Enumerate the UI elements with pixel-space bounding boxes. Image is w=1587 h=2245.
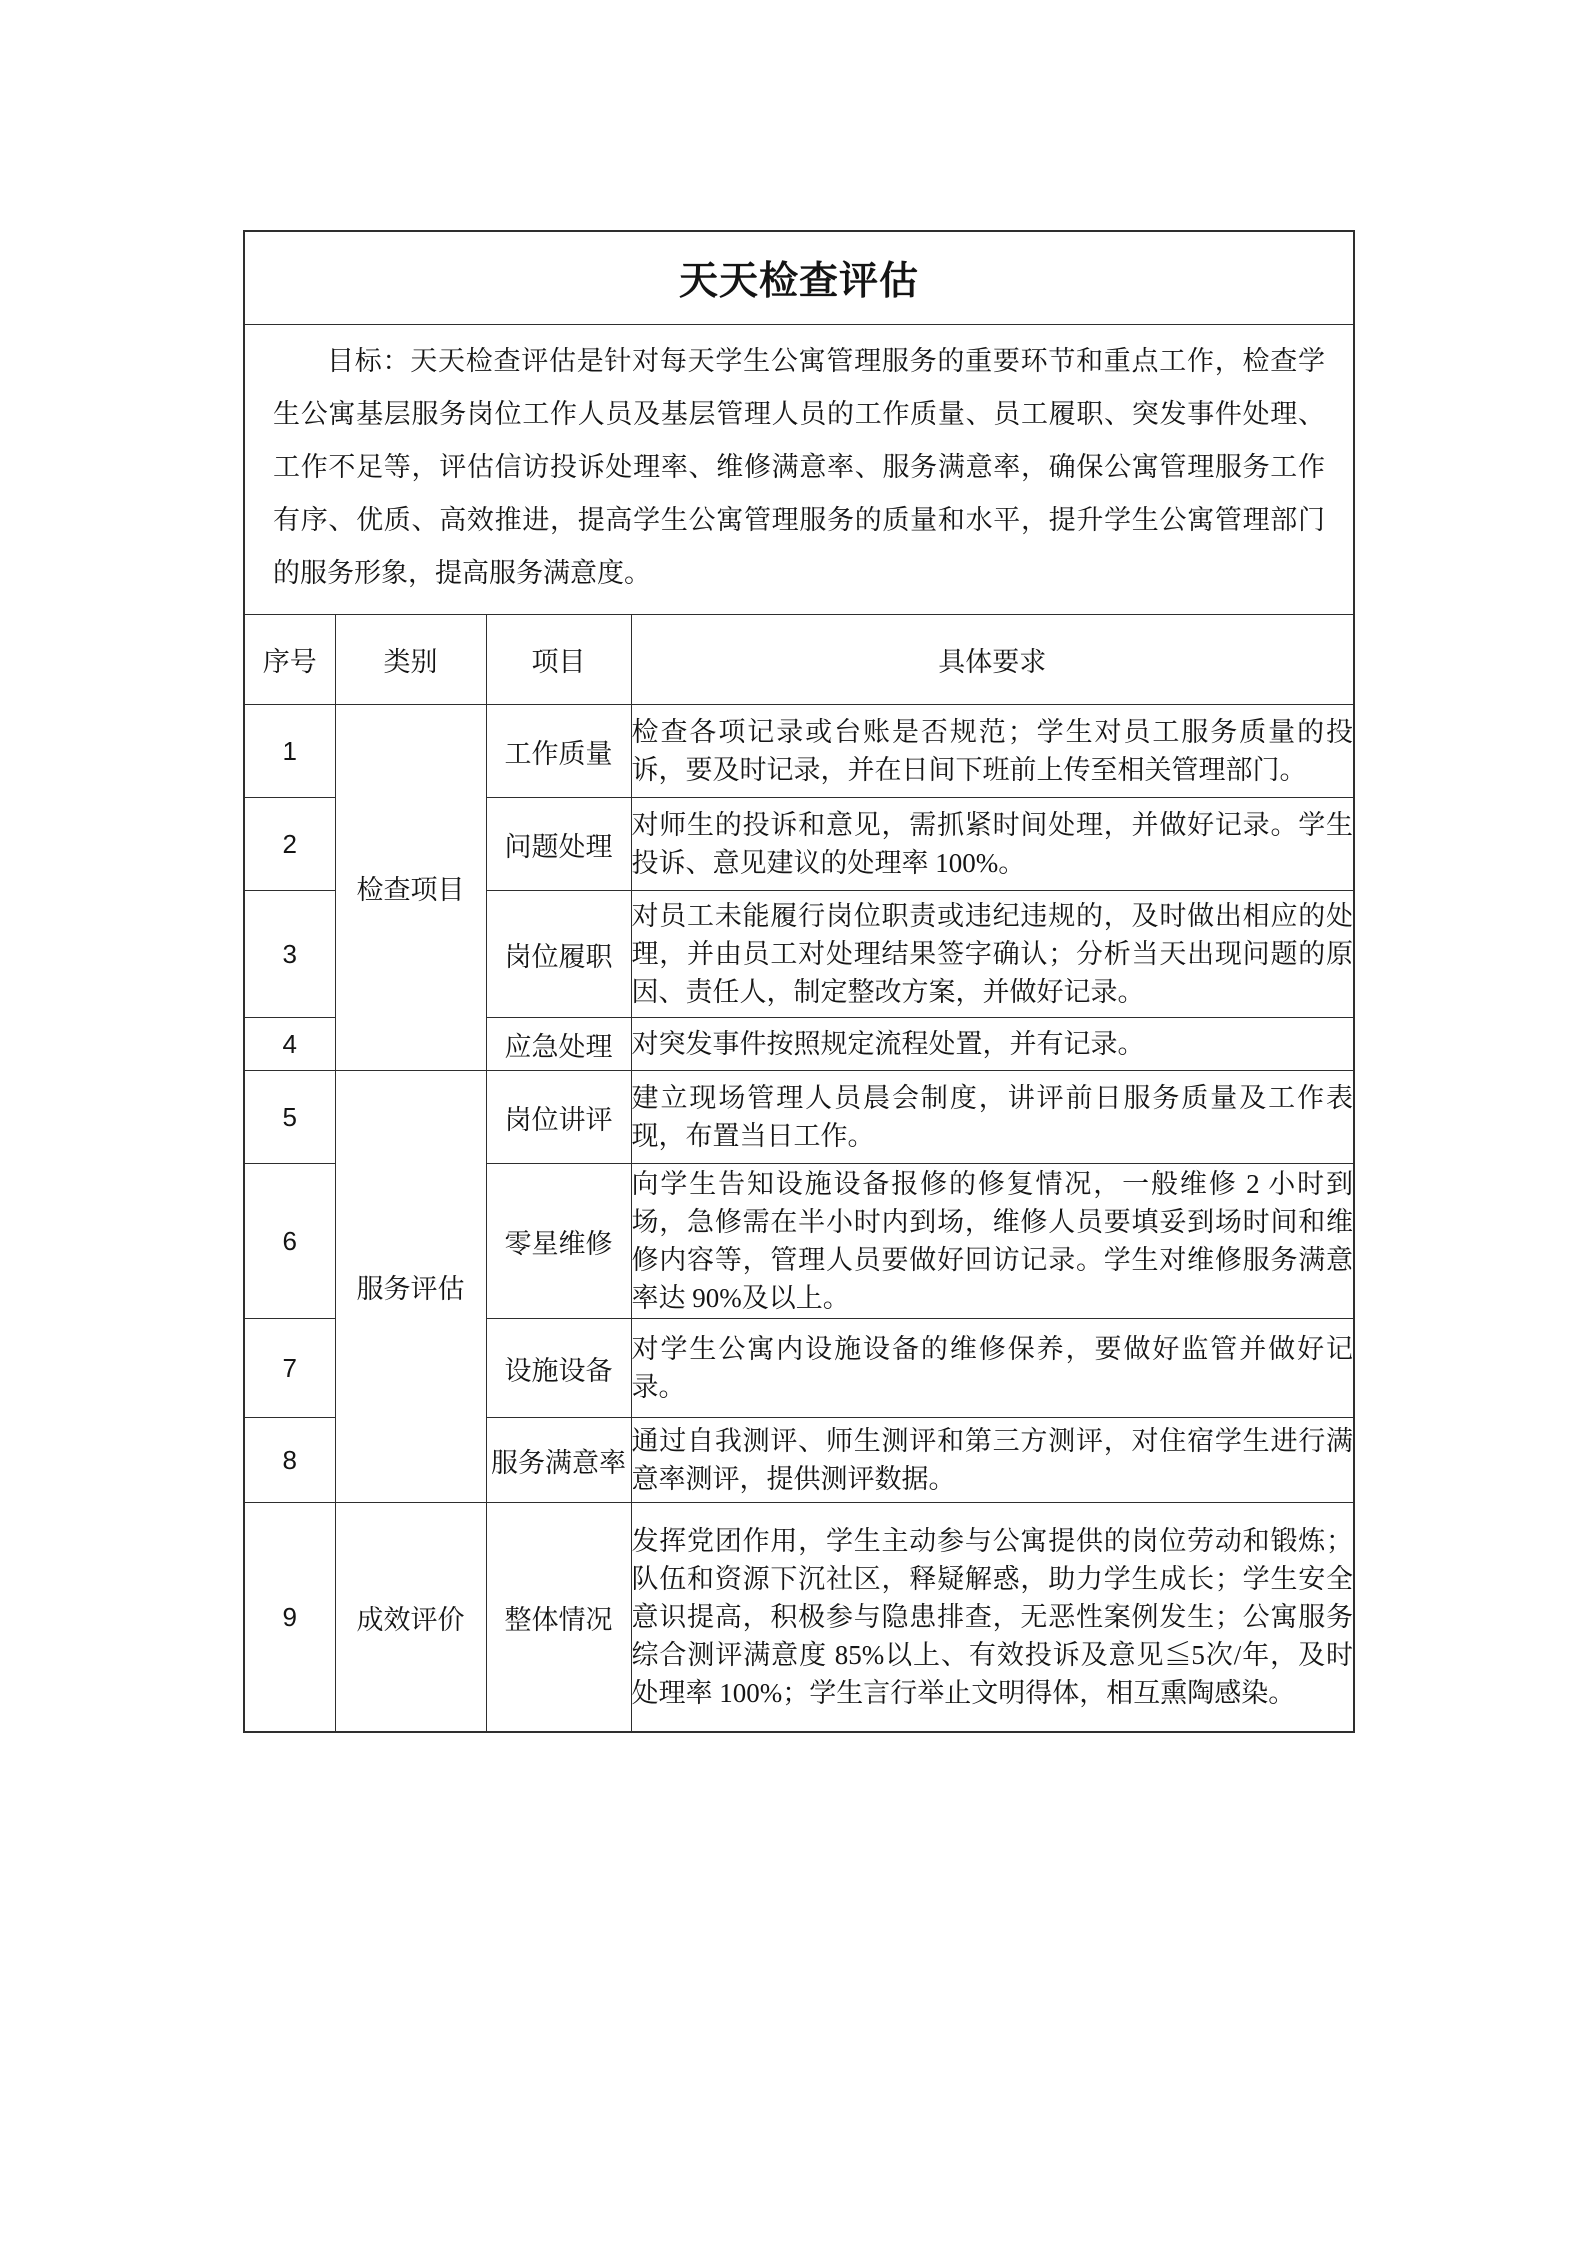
row-number: 4 — [244, 1018, 335, 1071]
item-cell: 零星维修 — [486, 1164, 631, 1319]
item-cell: 整体情况 — [486, 1503, 631, 1733]
row-number: 1 — [244, 705, 335, 798]
header-requirement: 具体要求 — [631, 615, 1354, 705]
item-cell: 问题处理 — [486, 798, 631, 891]
requirement-cell: 对学生公寓内设施设备的维修保养，要做好监管并做好记录。 — [631, 1319, 1354, 1418]
row-number: 8 — [244, 1418, 335, 1503]
requirement-cell: 对员工未能履行岗位职责或违纪违规的，及时做出相应的处理，并由员工对处理结果签字确… — [631, 891, 1354, 1018]
table-row: 9 成效评价 整体情况 发挥党团作用，学生主动参与公寓提供的岗位劳动和锻炼；队伍… — [244, 1503, 1354, 1733]
document-page: 天天检查评估 目标：天天检查评估是针对每天学生公寓管理服务的重要环节和重点工作，… — [0, 0, 1587, 2245]
row-number: 6 — [244, 1164, 335, 1319]
objective-paragraph: 目标：天天检查评估是针对每天学生公寓管理服务的重要环节和重点工作，检查学生公寓基… — [245, 325, 1353, 614]
title-row: 天天检查评估 — [244, 231, 1354, 325]
requirement-cell: 发挥党团作用，学生主动参与公寓提供的岗位劳动和锻炼；队伍和资源下沉社区，释疑解惑… — [631, 1503, 1354, 1733]
objective-cell: 目标：天天检查评估是针对每天学生公寓管理服务的重要环节和重点工作，检查学生公寓基… — [244, 325, 1354, 615]
category-cell-inspection: 检查项目 — [335, 705, 486, 1071]
row-number: 3 — [244, 891, 335, 1018]
item-cell: 应急处理 — [486, 1018, 631, 1071]
row-number: 5 — [244, 1071, 335, 1164]
title-cell: 天天检查评估 — [244, 231, 1354, 325]
row-number: 7 — [244, 1319, 335, 1418]
objective-row: 目标：天天检查评估是针对每天学生公寓管理服务的重要环节和重点工作，检查学生公寓基… — [244, 325, 1354, 615]
requirement-cell: 对突发事件按照规定流程处置，并有记录。 — [631, 1018, 1354, 1071]
requirement-cell: 检查各项记录或台账是否规范；学生对员工服务质量的投诉，要及时记录，并在日间下班前… — [631, 705, 1354, 798]
requirement-cell: 向学生告知设施设备报修的修复情况，一般维修 2 小时到场，急修需在半小时内到场，… — [631, 1164, 1354, 1319]
row-number: 2 — [244, 798, 335, 891]
item-cell: 服务满意率 — [486, 1418, 631, 1503]
evaluation-table: 天天检查评估 目标：天天检查评估是针对每天学生公寓管理服务的重要环节和重点工作，… — [243, 230, 1355, 1733]
category-cell-effect: 成效评价 — [335, 1503, 486, 1733]
table-header-row: 序号 类别 项目 具体要求 — [244, 615, 1354, 705]
requirement-cell: 对师生的投诉和意见，需抓紧时间处理，并做好记录。学生投诉、意见建议的处理率 10… — [631, 798, 1354, 891]
row-number: 9 — [244, 1503, 335, 1733]
header-item: 项目 — [486, 615, 631, 705]
document-title: 天天检查评估 — [679, 260, 919, 303]
table-row: 5 服务评估 岗位讲评 建立现场管理人员晨会制度，讲评前日服务质量及工作表现，布… — [244, 1071, 1354, 1164]
header-no: 序号 — [244, 615, 335, 705]
item-cell: 岗位履职 — [486, 891, 631, 1018]
item-cell: 岗位讲评 — [486, 1071, 631, 1164]
category-cell-service: 服务评估 — [335, 1071, 486, 1503]
header-category: 类别 — [335, 615, 486, 705]
item-cell: 工作质量 — [486, 705, 631, 798]
item-cell: 设施设备 — [486, 1319, 631, 1418]
requirement-cell: 通过自我测评、师生测评和第三方测评，对住宿学生进行满意率测评，提供测评数据。 — [631, 1418, 1354, 1503]
table-row: 1 检查项目 工作质量 检查各项记录或台账是否规范；学生对员工服务质量的投诉，要… — [244, 705, 1354, 798]
requirement-cell: 建立现场管理人员晨会制度，讲评前日服务质量及工作表现，布置当日工作。 — [631, 1071, 1354, 1164]
